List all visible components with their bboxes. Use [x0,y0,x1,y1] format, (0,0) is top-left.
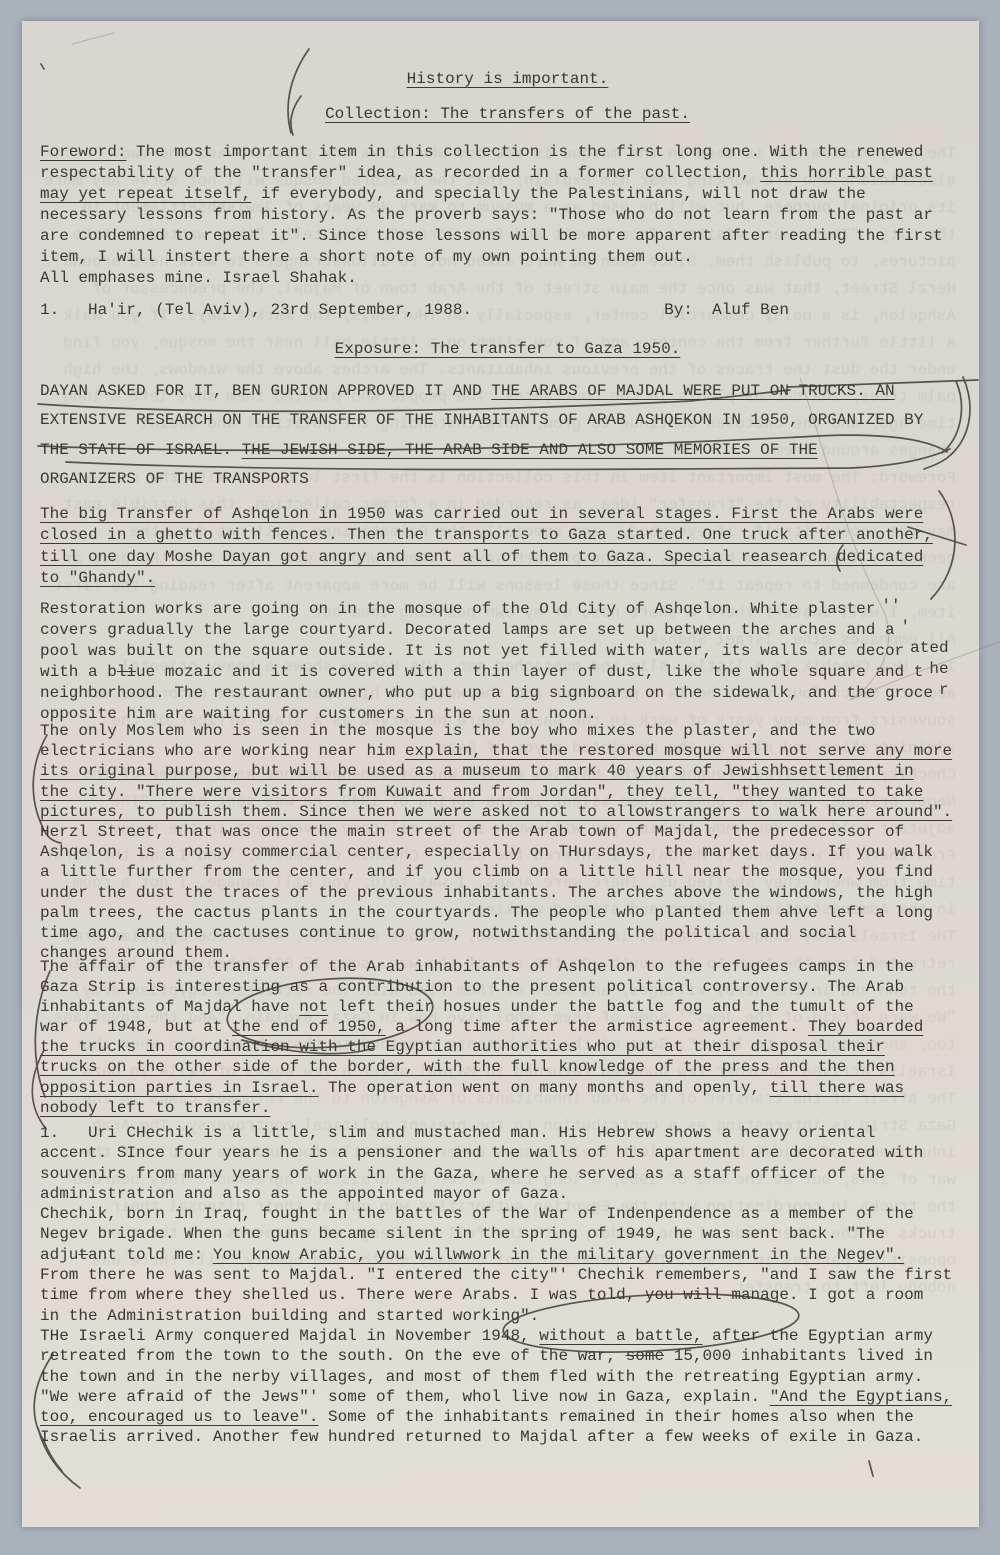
text-line: till one day Moshe Dayan got angry and s… [40,547,975,568]
text-segment: opposition parties in Israel. [40,1079,318,1097]
text-segment: its original purpose, but will be used a… [40,762,914,780]
text-line: The big Transfer of Ashqelon in 1950 was… [40,504,975,525]
text-line: to "Ghandy". [40,568,975,589]
main-title: History is important. [407,69,609,90]
text-line: souvenirs from many years of work in the… [40,1164,975,1184]
text-line: in the Administration building and start… [40,1306,975,1326]
source-and-byline: 1. Ha'ir, (Tel Aviv), 23rd September, 19… [40,300,975,321]
text-line: electricians who are working near him ex… [40,741,975,761]
foreword-paragraph: Foreword: The most important item in thi… [40,142,975,289]
text-line: covers gradually the large courtyard. De… [40,620,975,641]
text-line: may yet repeat itself, if everybody, and… [40,184,975,205]
body-paragraph-restoration: Restoration works are going on in the mo… [40,599,975,725]
text-line: All emphases mine. Israel Shahak. [40,268,975,289]
text-segment: too, encouraged us to leave". [40,1408,318,1426]
text-line: necessary lessons from history. As the p… [40,205,975,226]
text-line: inhabitants of Majdal have not left thei… [40,997,975,1017]
text-segment: The big Transfer of Ashqelon in 1950 was… [40,505,923,523]
body-paragraph-transfer-affair: The affair of the transfer of the Arab i… [40,957,975,1118]
body-paragraph-uri-chechik: 1. Uri CHechik is a little, slim and mus… [40,1123,975,1448]
text-line: a little further from the center, and if… [40,862,975,882]
text-segment: till one day Moshe Dayan got angry and s… [40,548,923,566]
text-segment: r [939,681,949,699]
text-line: closed in a ghetto with fences. Then the… [40,525,975,546]
text-line: under the dust the traces of the previou… [40,883,975,903]
text-line: Chechik, born in Iraq, fought in the bat… [40,1204,975,1224]
text-segment: the end of 1950, [232,1018,386,1036]
text-line: too, encouraged us to leave". Some of th… [40,1407,975,1427]
text-line: pool was built on the square outside. It… [40,641,975,662]
text-segment: till there was [770,1079,904,1097]
text-line: EXTENSIVE RESEARCH ON THE TRANSFER OF TH… [40,406,975,435]
text-segment: closed in a ghetto with fences. Then the… [40,526,933,544]
text-segment: without a battle, [539,1327,702,1345]
text-line: THE STATE OF ISRAEL. THE JEWISH SIDE, TH… [40,436,975,465]
text-line: respectability of the "transfer" idea, a… [40,163,975,184]
text-line: trucks on the other side of the border, … [40,1057,975,1077]
text-segment: trucks on the other side of the border, … [40,1058,895,1076]
text-segment: THE JEWISH SIDE, THE ARAB SIDE AND ALSO … [242,441,818,459]
collection-subtitle: Collection: The transfers of the past. [325,104,690,125]
text-segment: he [929,660,948,678]
text-line: the city. "There were visitors from Kuwa… [40,782,975,802]
text-segment: ated [910,639,948,657]
text-line: Foreword: The most important item in thi… [40,142,975,163]
text-segment: You know Arabic, you willwwork in the mi… [213,1246,904,1264]
text-segment: ' [901,618,911,636]
text-line: Gaza Strip is interesting as a contribut… [40,977,975,997]
text-line: retreated from the town to the south. On… [40,1346,975,1366]
text-segment: pictures, to publish them. Since then we… [40,803,952,821]
text-line: neighborhood. The restaurant owner, who … [40,683,975,704]
text-line: with a bliue mozaic and it is covered wi… [40,662,975,683]
text-line: DAYAN ASKED FOR IT, BEN GURION APPROVED … [40,377,975,406]
text-line: accent. SInce four years he is a pension… [40,1143,975,1163]
text-line: Israelis arrived. Another few hundred re… [40,1427,975,1447]
text-line: The affair of the transfer of the Arab i… [40,957,975,977]
document-titles: History is important. Collection: The tr… [40,69,975,125]
text-line: are condemned to repeat it". Since those… [40,226,975,247]
text-line: administration and also as the appointed… [40,1184,975,1204]
text-segment: this horrible past [760,164,933,182]
underlined-summary-paragraph: The big Transfer of Ashqelon in 1950 was… [40,504,975,590]
text-segment: nobody left to transfer. [40,1099,270,1117]
text-line: pictures, to publish them. Since then we… [40,802,975,822]
text-line: THe Israeli Army conquered Majdal in Nov… [40,1326,975,1346]
scanned-typewritten-document: { "colors": { "backdrop": "#a9b1ba", "pa… [0,0,1000,1555]
article-reference-line: 1. Ha'ir, (Tel Aviv), 23rd September, 19… [40,300,975,321]
text-segment: explain, that the restored mosque will n… [405,742,952,760]
text-line: 1. Uri CHechik is a little, slim and mus… [40,1123,975,1143]
text-line: Herzl Street, that was once the main str… [40,822,975,842]
text-line: "We were afraid of the Jews"' some of th… [40,1387,975,1407]
text-line: nobody left to transfer. [40,1098,975,1118]
lead-caps-paragraph: DAYAN ASKED FOR IT, BEN GURION APPROVED … [40,377,975,495]
text-segment: some [626,1347,664,1365]
text-segment: Foreword: [40,143,126,161]
text-segment: t [78,1246,88,1264]
text-line: the trucks in coordination with the Egyp… [40,1037,975,1057]
text-line: time ago, and the cactuses continue to g… [40,923,975,943]
text-segment: li [117,663,136,681]
text-line: the town and in the nerby villages, and … [40,1367,975,1387]
text-line: ORGANIZERS OF THE TRANSPORTS [40,465,975,494]
text-line: Ashqelon, is a noisy commercial center, … [40,842,975,862]
text-line: From there he was sent to Majdal. "I ent… [40,1265,975,1285]
text-line: item, I will instert there a short note … [40,247,975,268]
text-line: war of 1948, but at the end of 1950, a l… [40,1017,975,1037]
text-line: Restoration works are going on in the mo… [40,599,975,620]
headline-text: Exposure: The transfer to Gaza 1950. [335,340,681,358]
text-line: adjutant told me: You know Arabic, you w… [40,1245,975,1265]
text-line: opposition parties in Israel. The operat… [40,1078,975,1098]
text-line: Negev brigade. When the guns became sile… [40,1224,975,1244]
text-line: time from where they shelled us. There w… [40,1285,975,1305]
text-line: its original purpose, but will be used a… [40,761,975,781]
text-segment: to "Ghandy". [40,569,155,587]
text-line: The only Moslem who is seen in the mosqu… [40,721,975,741]
article-headline: Exposure: The transfer to Gaza 1950. [40,339,975,360]
text-line: palm trees, the cactus plants in the cou… [40,903,975,923]
text-segment: '' [881,597,900,615]
text-segment: the trucks in coordination with the Egyp… [40,1038,885,1056]
document-page: The only Moslem who is seen in the mosqu… [22,21,979,1527]
text-segment: may yet repeat itself, [40,185,251,203]
body-paragraph-mosque-and-majdal: The only Moslem who is seen in the mosqu… [40,721,975,963]
text-segment: "And the Egyptians, [770,1388,952,1406]
text-segment: the city. "There were visitors from Kuwa… [40,783,923,801]
text-segment: THE ARABS OF MAJDAL WERE PUT ON TRUCKS. … [491,382,894,400]
text-segment: They boarded [808,1018,923,1036]
text-segment: not [299,998,328,1016]
